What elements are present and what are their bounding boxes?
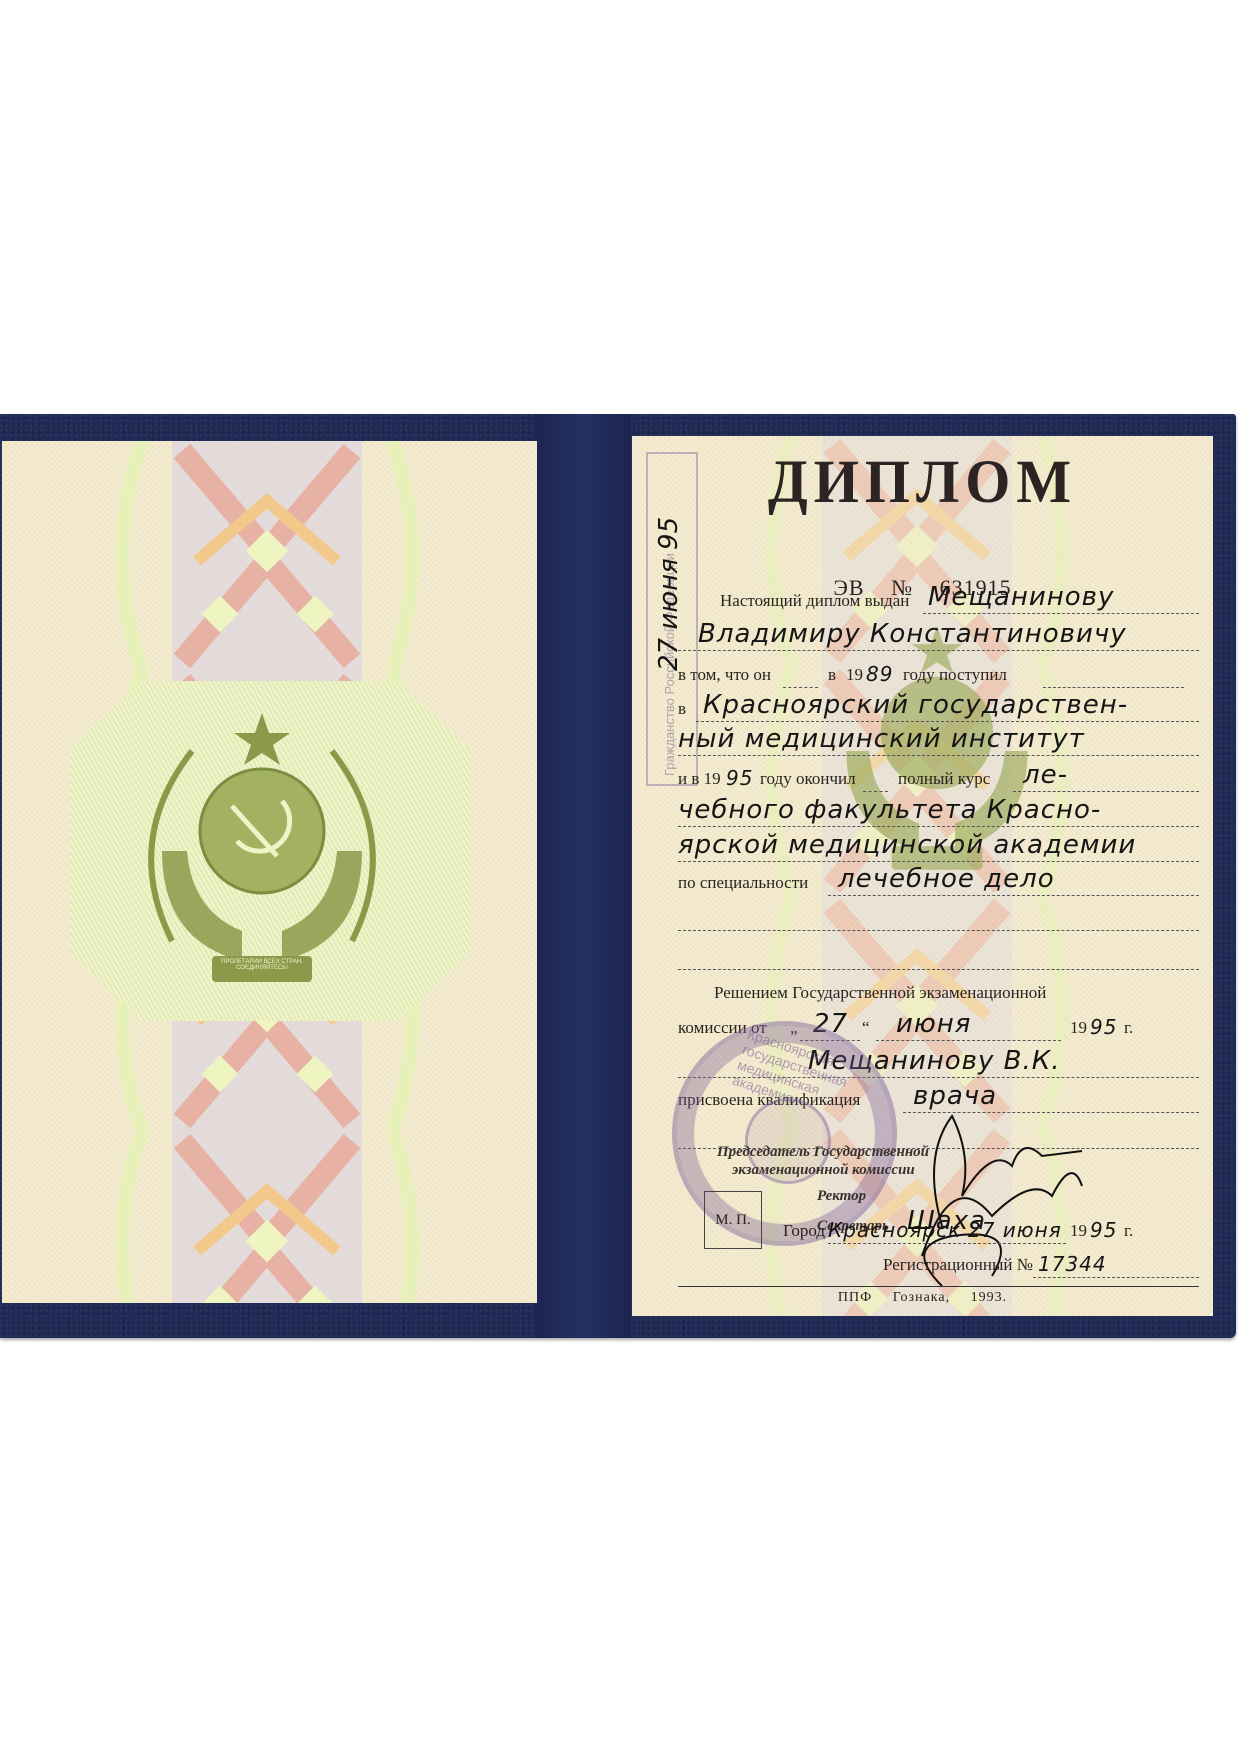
institution-name-1: Красноярский государствен- (703, 690, 1128, 720)
issued-to-label: Настоящий диплом выдан (720, 591, 909, 611)
specialty-line: по специальности лечебное дело (678, 866, 1199, 896)
right-page: Гражданство Российской Федерации 27 июня… (632, 436, 1213, 1316)
registration-number: 17344 (1038, 1252, 1107, 1276)
rector-label: Ректор (817, 1188, 866, 1205)
blank-line (678, 940, 1199, 970)
enrolled-year: 89 (866, 662, 893, 686)
city-label: Город (783, 1221, 825, 1241)
bottom-rule (678, 1286, 1199, 1287)
ussr-emblem-icon: ПРОЛЕТАРИИ ВСЕХ СТРАН, СОЕДИНЯЙТЕСЬ! (102, 691, 422, 1011)
institution-line-2: ный медицинский институт (678, 726, 1199, 756)
graduated-line: и в 19 95 году окончил полный курс ле- (678, 762, 1199, 792)
city-value: Красноярск (828, 1218, 961, 1242)
decision-year: 95 (1090, 1015, 1117, 1039)
enrolled-label: в том, что он (678, 665, 771, 685)
issued-to-line: Настоящий диплом выдан Мещанинову (678, 584, 1199, 614)
specialty-label: по специальности (678, 873, 808, 893)
issue-date: 27 июня (968, 1218, 1062, 1242)
recipient-surname: Мещанинову (928, 582, 1114, 612)
place-date-line: Город Красноярск 27 июня 19 95 г. (678, 1214, 1199, 1244)
institution-name-2: ный медицинский институт (678, 724, 1085, 754)
printer-imprint: ППФ Гознака, 1993. (632, 1290, 1213, 1306)
course-line-2: чебного факультета Красно- (678, 797, 1199, 827)
left-page: ПРОЛЕТАРИИ ВСЕХ СТРАН, СОЕДИНЯЙТЕСЬ! (2, 441, 537, 1303)
course-line-3: ярской медицинской академии (678, 832, 1199, 862)
institution-line-1: в Красноярский государствен- (678, 692, 1199, 722)
enrolled-line: в том, что он в 19 89 году поступил (678, 658, 1199, 688)
issue-year: 95 (1090, 1218, 1117, 1242)
blank-line (678, 901, 1199, 931)
course-part-3: ярской медицинской академии (678, 830, 1136, 860)
cover-spine (535, 414, 631, 1338)
specialty-value: лечебное дело (838, 864, 1055, 894)
registration-line: Регистрационный № 17344 (678, 1248, 1199, 1278)
recipient-name: Владимиру Константиновичу (698, 619, 1127, 649)
graduated-year: 95 (726, 766, 753, 790)
decision-label: Решением Государственной экзаменационной (714, 983, 1046, 1003)
course-part-2: чебного факультета Красно- (678, 795, 1101, 825)
registration-label: Регистрационный № (883, 1255, 1033, 1275)
diploma-title: ДИПЛОМ (632, 446, 1213, 516)
motto-ribbon: ПРОЛЕТАРИИ ВСЕХ СТРАН, СОЕДИНЯЙТЕСЬ! (212, 959, 312, 971)
decision-line: Решением Государственной экзаменационной (678, 976, 1199, 1006)
course-part-1: ле- (1023, 760, 1068, 790)
recipient-name-line: Владимиру Константиновичу (678, 621, 1199, 651)
decision-month: июня (896, 1009, 971, 1039)
